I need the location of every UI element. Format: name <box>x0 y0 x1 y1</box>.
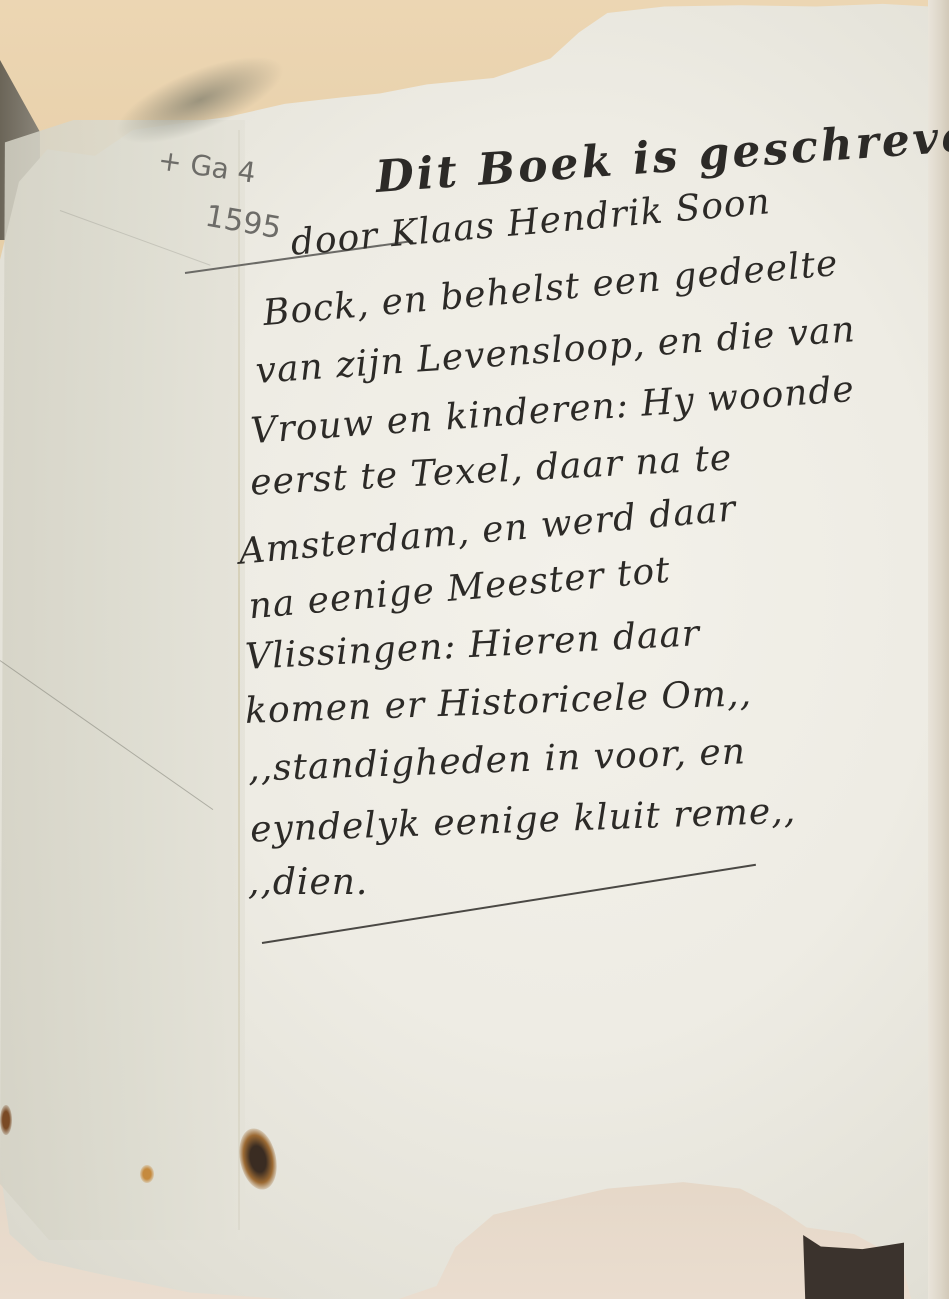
handwritten-line-13: ,,dien. <box>248 862 368 903</box>
fold-line <box>238 130 240 1230</box>
page-right-edge <box>928 0 949 1299</box>
inner-margin <box>0 120 245 1240</box>
edge-hole <box>0 1105 12 1135</box>
stain-spot <box>140 1165 154 1183</box>
